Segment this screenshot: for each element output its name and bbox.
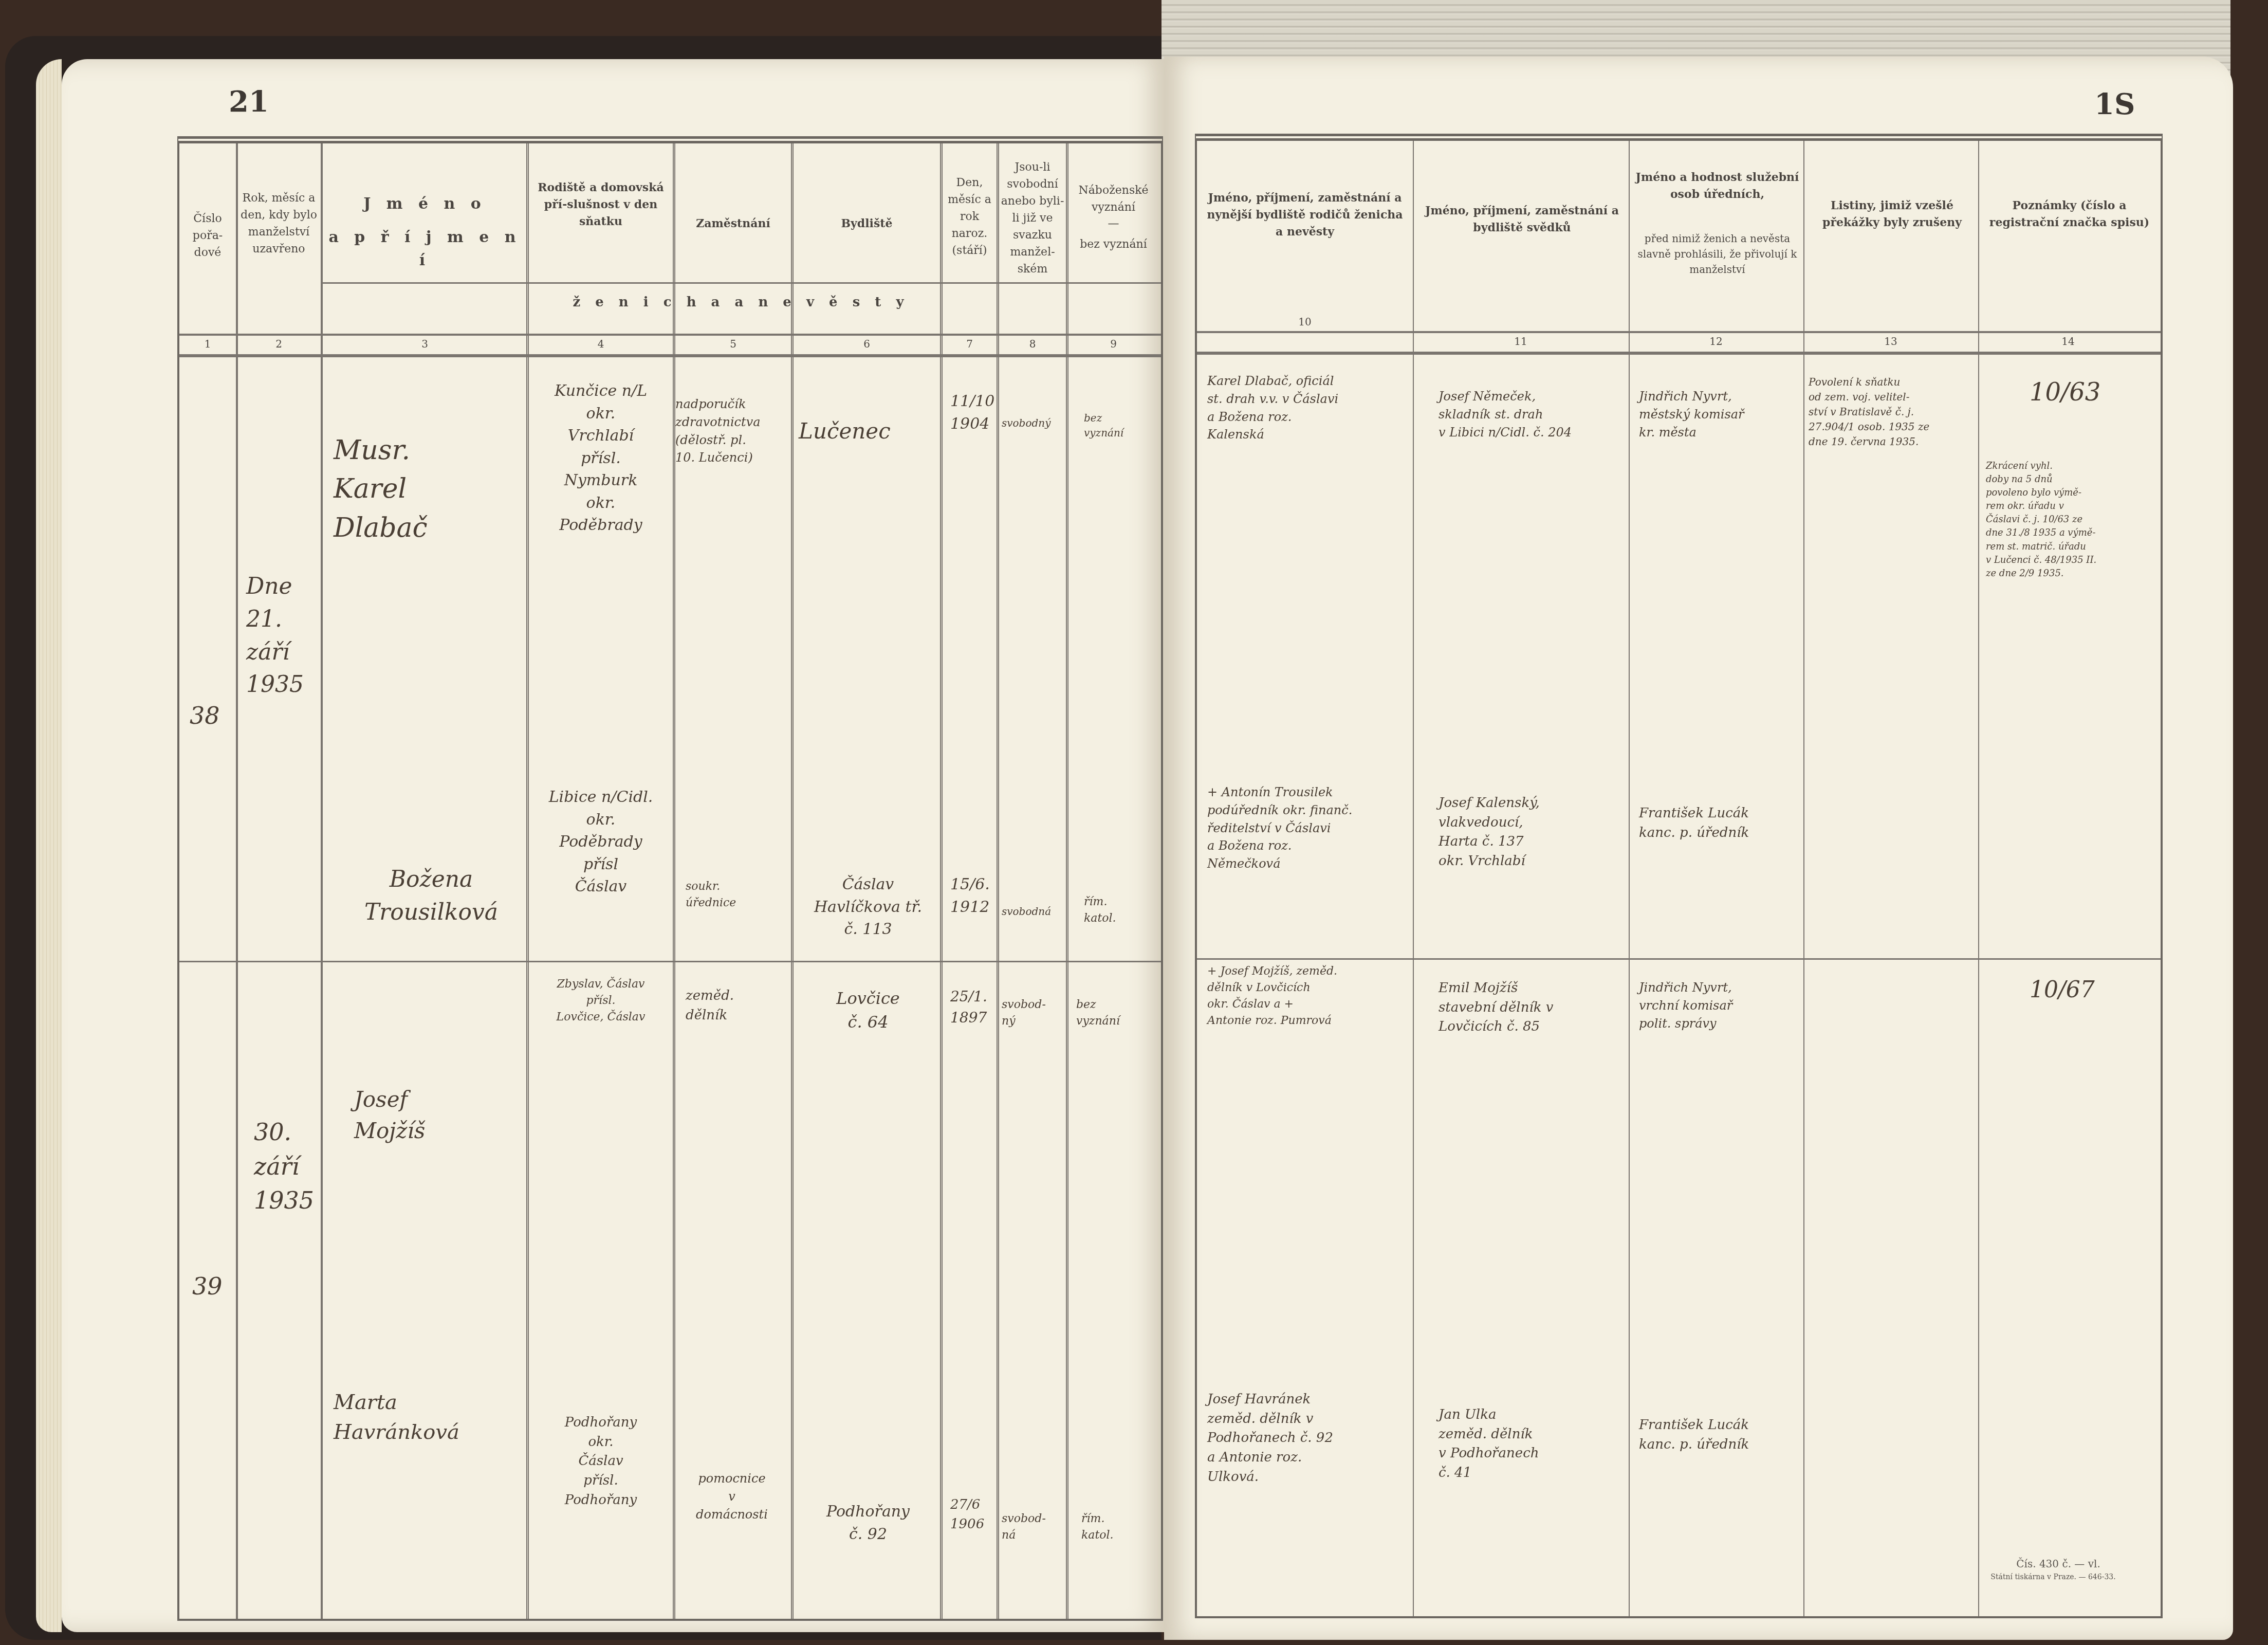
groom-birthplace: Kunčice n/L okr. Vrchlabí přísl. Nymburk… xyxy=(539,380,662,537)
column-number: 4 xyxy=(529,338,673,350)
entry-date: 30. září 1935 xyxy=(254,1115,314,1218)
header-prijmeni: a p ř í j m e n í xyxy=(323,226,526,272)
column-number: 10 xyxy=(1197,316,1413,328)
notes-reference: 10/67 xyxy=(2030,974,2095,1007)
bride-birthplace: Podhořany okr. Čáslav přísl. Podhořany xyxy=(539,1413,662,1510)
column-number: 5 xyxy=(675,338,791,350)
entry-number: 38 xyxy=(190,699,220,733)
groom-occupation: zeměd. dělník xyxy=(686,986,734,1025)
official-bride: František Lucák kanc. p. úředník xyxy=(1639,804,1749,843)
column-number: 11 xyxy=(1413,335,1629,348)
column-number: 9 xyxy=(1068,338,1158,350)
witness-bride: Jan Ulka zeměd. dělník v Podhořanech č. … xyxy=(1439,1405,1539,1483)
header-datum-snatku: Rok, měsíc a den, kdy bylo manželství uz… xyxy=(237,190,321,258)
column-number: 12 xyxy=(1629,335,1803,348)
header-bez-vyznani: bez vyznání xyxy=(1068,236,1158,253)
groom-occupation: nadporučík zdravotnictva (dělostř. pl. 1… xyxy=(675,395,761,467)
groom-status: svobodný xyxy=(1002,416,1050,431)
bride-residence: Podhořany č. 92 xyxy=(801,1501,935,1545)
groom-birth-date: 25/1. 1897 xyxy=(950,986,987,1028)
column-number: 3 xyxy=(323,338,526,350)
groom-name: Musr. Karel Dlabač xyxy=(334,431,428,547)
bride-occupation: soukr. úřednice xyxy=(686,879,736,911)
header-nabozenstvi: Náboženské vyznání xyxy=(1068,182,1158,216)
header-rodiste: Rodiště a domovská pří-slušnost v den sň… xyxy=(529,179,673,230)
bride-status: svobodná xyxy=(1002,904,1051,919)
header-uredni-osoby-detail: před nimiž ženich a nevěsta slavně prohl… xyxy=(1631,231,1803,277)
column-number: 8 xyxy=(999,338,1066,350)
bride-occupation: pomocnice v domácnosti xyxy=(678,1470,786,1523)
bride-birth-date: 27/6 1906 xyxy=(950,1495,984,1534)
header-zenicha-a-nevesty: ž e n i c h a a n e v ě s t y xyxy=(323,293,1158,313)
column-number: 14 xyxy=(1978,335,2158,348)
header-bydliste: Bydliště xyxy=(794,215,940,232)
notes: Zkrácení vyhl. doby na 5 dnů povoleno by… xyxy=(1986,460,2096,580)
printer-imprint: Státní tiskárna v Praze. — 646-33. xyxy=(1935,1573,2171,1581)
bride-status: svobod- ná xyxy=(1002,1511,1046,1544)
parents-groom: + Josef Mojžíš, zeměd. dělník v Lovčicíc… xyxy=(1207,963,1337,1029)
official-groom: Jindřich Nyvrt, vrchní komisař polit. sp… xyxy=(1639,979,1732,1032)
entry-number: 39 xyxy=(192,1269,223,1304)
form-number: Čís. 430 č. — vl. xyxy=(1950,1558,2166,1570)
bride-residence: Čáslav Havlíčkova tř. č. 113 xyxy=(801,873,935,941)
witness-bride: Josef Kalenský, vlakvedoucí, Harta č. 13… xyxy=(1439,794,1540,871)
header-listiny: Listiny, jimiž vzešlé překážky byly zruš… xyxy=(1806,197,1978,231)
column-number: 7 xyxy=(943,338,997,350)
groom-residence: Lučenec xyxy=(799,416,891,447)
official-groom: Jindřich Nyvrt, městský komisař kr. měst… xyxy=(1639,388,1744,441)
bride-name: Božena Trousilková xyxy=(349,863,513,929)
groom-residence: Lovčice č. 64 xyxy=(806,986,930,1034)
page-number-right: 1S xyxy=(2094,87,2135,121)
witness-groom: Josef Němeček, skladník st. drah v Libic… xyxy=(1439,388,1572,441)
register-table-left: Číslo pořa-dové Rok, měsíc a den, kdy by… xyxy=(177,136,1163,1621)
header-rodice: Jméno, příjmení, zaměstnání a nynější by… xyxy=(1202,190,1408,241)
header-zamestnani: Zaměstnání xyxy=(675,215,791,232)
bride-birth-date: 15/6. 1912 xyxy=(950,873,990,918)
official-bride: František Lucák kanc. p. úředník xyxy=(1639,1416,1749,1454)
groom-status: svobod- ný xyxy=(1002,997,1046,1030)
page-number-left: 21 xyxy=(229,85,269,119)
header-svobodni: Jsou-li svobodní anebo byli-li již ve sv… xyxy=(999,159,1066,278)
groom-birth-date: 11/10 1904 xyxy=(950,390,994,435)
groom-religion: bez vyznání xyxy=(1084,411,1123,441)
left-page: 21 Číslo pořa-dové Rok, měsíc a den, kdy… xyxy=(62,59,1167,1632)
notes-reference: 10/63 xyxy=(2030,375,2100,411)
groom-birthplace: Zbyslav, Čáslav přísl. Lovčice, Čáslav xyxy=(534,976,668,1026)
parents-groom: Karel Dlabač, oficiál st. drah v.v. v Čá… xyxy=(1207,372,1338,444)
bride-religion: řím. katol. xyxy=(1081,1511,1114,1544)
groom-name: Josef Mojžíš xyxy=(354,1084,425,1147)
right-page: 1S Jméno, příjmení, zaměstnání a nynější… xyxy=(1164,57,2233,1640)
bride-birthplace: Libice n/Cidl. okr. Poděbrady přísl Čásl… xyxy=(539,786,662,898)
documents: Povolení k sňatku od zem. voj. velitel- … xyxy=(1809,375,1929,449)
witness-groom: Emil Mojžíš stavební dělník v Lovčicích … xyxy=(1439,979,1553,1037)
header-svedci: Jméno, příjmení, zaměstnání a bydliště s… xyxy=(1415,203,1629,236)
column-number: 1 xyxy=(179,338,236,350)
bride-religion: řím. katol. xyxy=(1084,894,1116,927)
register-table-right: Jméno, příjmení, zaměstnání a nynější by… xyxy=(1195,134,2163,1618)
parents-bride: Josef Havránek zeměd. dělník v Podhořane… xyxy=(1207,1390,1333,1487)
header-nabozenstvi-dash: — xyxy=(1068,215,1158,232)
header-uredni-osoby: Jméno a hodnost služební osob úředních, xyxy=(1631,169,1803,203)
header-jmeno: J m é n o xyxy=(323,192,526,215)
column-number: 13 xyxy=(1803,335,1978,348)
column-number: 2 xyxy=(237,338,321,350)
page-stack-edge xyxy=(36,59,62,1632)
header-cislo-poradove: Číslo pořa-dové xyxy=(179,210,236,261)
header-den-narozeni: Den, měsíc a rok naroz. (stáří) xyxy=(943,174,997,259)
groom-religion: bez vyznání xyxy=(1076,997,1120,1030)
entry-date: Dne 21. září 1935 xyxy=(246,570,304,701)
parents-bride: + Antonín Trousilek podúředník okr. fina… xyxy=(1207,783,1352,873)
bride-name: Marta Havránková xyxy=(334,1387,459,1447)
header-poznamky: Poznámky (číslo a registrační značka spi… xyxy=(1981,197,2158,231)
column-number: 6 xyxy=(794,338,940,350)
